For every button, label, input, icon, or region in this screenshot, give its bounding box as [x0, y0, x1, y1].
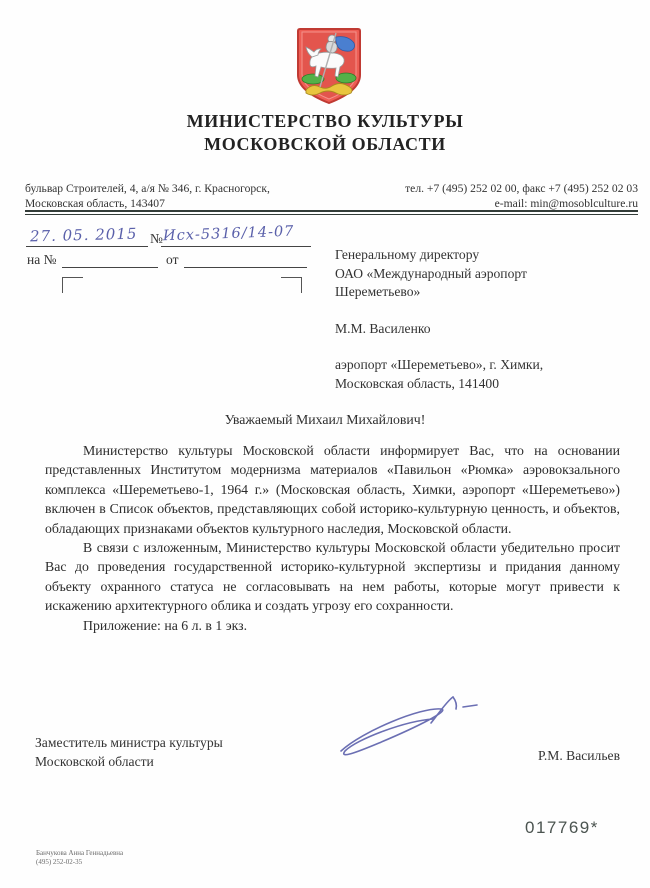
letterhead-divider-rule [25, 210, 638, 215]
letterhead-email: e-mail: min@mosoblculture.ru [308, 197, 638, 212]
registration-stamp-number: 017769* [525, 818, 599, 838]
salutation: Уважаемый Михаил Михайлович! [0, 412, 650, 428]
executor-name: Банчукова Анна Геннадьевна [36, 849, 123, 858]
handwritten-signature-icon [335, 693, 485, 771]
ministry-title-line2: МОСКОВСКОЙ ОБЛАСТИ [0, 133, 650, 156]
executor-phone: (495) 252-02-35 [36, 858, 123, 867]
signer-name: Р.М. Васильев [538, 748, 620, 764]
signer-position-line2: Московской области [35, 753, 223, 772]
reply-from-date-label: от [166, 252, 178, 268]
letterhead-address-line2: Московская область, 143407 [25, 197, 345, 212]
reply-from-date-underline [184, 267, 307, 268]
signer-position: Заместитель министра культуры Московской… [35, 734, 223, 771]
reply-to-number-label: на № [27, 252, 56, 268]
recipient-organization-line1: ОАО «Международный аэропорт [335, 265, 625, 284]
signer-position-line1: Заместитель министра культуры [35, 734, 223, 753]
recipient-gap [335, 338, 625, 356]
reply-to-number-underline [62, 267, 158, 268]
letterhead-postal-address: бульвар Строителей, 4, а/я № 346, г. Кра… [25, 182, 345, 211]
attachment-line: Приложение: на 6 л. в 1 экз. [45, 616, 620, 635]
ministry-title: МИНИСТЕРСТВО КУЛЬТУРЫ МОСКОВСКОЙ ОБЛАСТИ [0, 110, 650, 156]
recipient-gap [335, 302, 625, 320]
recipient-position: Генеральному директору [335, 246, 625, 265]
letterhead-contacts: тел. +7 (495) 252 02 00, факс +7 (495) 2… [308, 182, 638, 211]
handwritten-date: 27. 05. 2015 [30, 225, 138, 246]
recipient-block: Генеральному директору ОАО «Международны… [335, 246, 625, 394]
address-zone-corner-mark-left [62, 277, 83, 293]
body-paragraph-1: Министерство культуры Московской области… [45, 441, 620, 538]
number-underline [161, 246, 311, 247]
recipient-organization-line2: Шереметьево» [335, 283, 625, 302]
recipient-address-line1: аэропорт «Шереметьево», г. Химки, [335, 356, 625, 375]
letterhead-phone-fax: тел. +7 (495) 252 02 00, факс +7 (495) 2… [308, 182, 638, 197]
body-paragraph-2: В связи с изложенным, Министерство культ… [45, 538, 620, 616]
scanned-letter-page: МИНИСТЕРСТВО КУЛЬТУРЫ МОСКОВСКОЙ ОБЛАСТИ… [0, 0, 650, 888]
address-zone-corner-mark-right [281, 277, 302, 293]
number-sign-label: № [150, 231, 163, 247]
ministry-title-line1: МИНИСТЕРСТВО КУЛЬТУРЫ [0, 110, 650, 133]
recipient-name: М.М. Василенко [335, 320, 625, 339]
letter-body: Министерство культуры Московской области… [45, 441, 620, 635]
letterhead-address-line1: бульвар Строителей, 4, а/я № 346, г. Кра… [25, 182, 345, 197]
moscow-oblast-coat-of-arms-icon [296, 27, 362, 105]
recipient-address-line2: Московская область, 141400 [335, 375, 625, 394]
handwritten-outgoing-number: Исх-5316/14-07 [163, 224, 295, 245]
executor-info: Банчукова Анна Геннадьевна (495) 252-02-… [36, 849, 123, 866]
date-underline [26, 246, 148, 247]
